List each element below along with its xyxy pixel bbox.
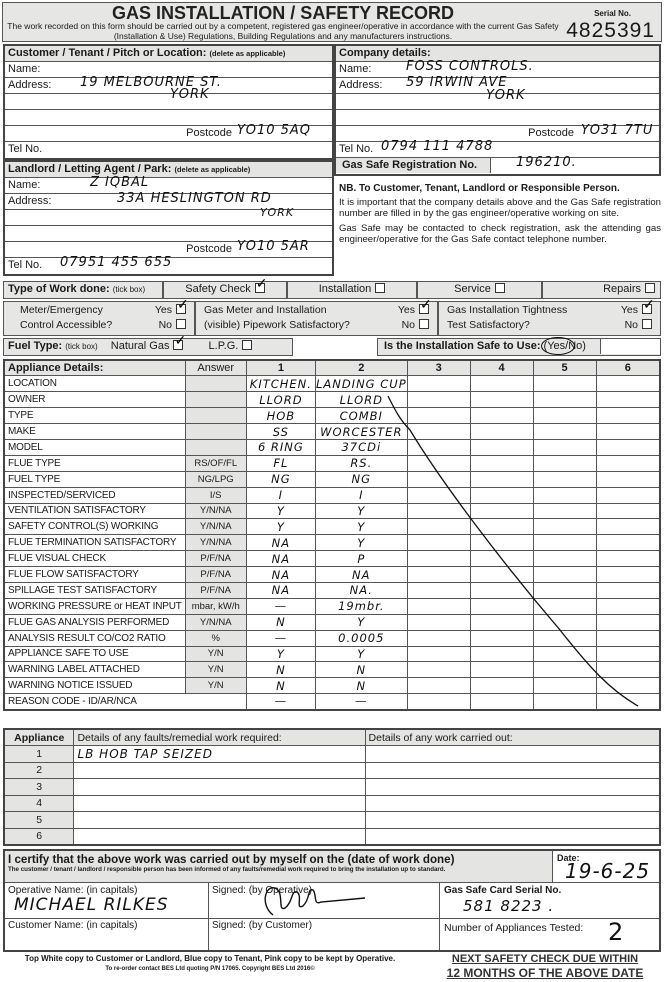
- answer-options: P/F/NA: [185, 582, 246, 598]
- landlord-section: Landlord / Letting Agent / Park: (delete…: [3, 160, 334, 276]
- appliance-row: WARNING NOTICE ISSUEDY/NNN: [4, 678, 660, 694]
- row-label: WORKING PRESSURE or HEAT INPUT: [4, 598, 185, 614]
- appliance-number: 6: [4, 828, 74, 845]
- row-label: WARNING NOTICE ISSUED: [4, 678, 185, 694]
- fault-row: 1 LB HOB TAP SEIZED: [4, 746, 660, 763]
- appliance-2-value[interactable]: N: [315, 662, 407, 678]
- appliance-1-value[interactable]: NA: [246, 535, 315, 551]
- appliance-6-value[interactable]: [596, 487, 660, 503]
- fault-details-field[interactable]: [74, 762, 365, 779]
- company-address-line2[interactable]: YORK: [486, 88, 526, 103]
- appliance-5-value[interactable]: [533, 646, 596, 662]
- appliance-3-value[interactable]: [407, 678, 470, 694]
- appliance-5-value[interactable]: [533, 424, 596, 440]
- appliance-3-value[interactable]: [407, 471, 470, 487]
- appliance-1-value[interactable]: Y: [246, 646, 315, 662]
- appliance-5-value[interactable]: [533, 551, 596, 567]
- answer-options: NG/LPG: [185, 471, 246, 487]
- meter-yes-checkbox[interactable]: [176, 304, 186, 314]
- landlord-address-line1[interactable]: 33A HESLINGTON RD: [117, 191, 272, 206]
- certify-subtext: The customer / tenant / landlord / respo…: [5, 866, 552, 873]
- appliance-1-value[interactable]: —: [246, 630, 315, 646]
- appliance-6-value[interactable]: [596, 630, 660, 646]
- appliance-1-value[interactable]: NG: [246, 471, 315, 487]
- appliance-1-value[interactable]: NA: [246, 567, 315, 583]
- appliance-1-value[interactable]: —: [246, 598, 315, 614]
- appliance-2-value[interactable]: 37CDi: [315, 439, 407, 455]
- appliance-3-value[interactable]: [407, 408, 470, 424]
- date-field[interactable]: 19-6-25: [565, 859, 650, 883]
- appliance-4-value[interactable]: [470, 455, 533, 471]
- appliance-5-value[interactable]: [533, 630, 596, 646]
- appliance-4-value[interactable]: [470, 376, 533, 392]
- appliance-6-value[interactable]: [596, 662, 660, 678]
- answer-options: [185, 392, 246, 408]
- meter-control-check: Meter/Emergency Control Accessible? Yes …: [3, 301, 195, 336]
- appliance-1-value[interactable]: —: [246, 694, 315, 710]
- natural-gas-checkbox[interactable]: [173, 340, 183, 350]
- appliances-tested-label: Number of Appliances Tested:: [441, 921, 586, 935]
- appliance-4-value[interactable]: [470, 567, 533, 583]
- appliance-1-value[interactable]: NA: [246, 551, 315, 567]
- row-label: SAFETY CONTROL(S) WORKING: [4, 519, 185, 535]
- appliance-5-value[interactable]: [533, 439, 596, 455]
- appliance-1-value[interactable]: FL: [246, 455, 315, 471]
- appliance-4-value[interactable]: [470, 535, 533, 551]
- appliance-row: APPLIANCE SAFE TO USEY/NYY: [4, 646, 660, 662]
- row-label: INSPECTED/SERVICED: [4, 487, 185, 503]
- service-checkbox[interactable]: [495, 283, 505, 293]
- appliance-5-value[interactable]: [533, 519, 596, 535]
- row-label: LOCATION: [4, 376, 185, 392]
- faults-table: Appliance Details of any faults/remedial…: [3, 728, 661, 846]
- fault-details-field[interactable]: [74, 795, 365, 812]
- faults-col-heading: Details of any faults/remedial work requ…: [74, 729, 365, 746]
- appliance-5-value[interactable]: [533, 598, 596, 614]
- appliance-5-value[interactable]: [533, 662, 596, 678]
- appliance-6-value[interactable]: [596, 614, 660, 630]
- lpg-checkbox[interactable]: [242, 340, 252, 350]
- safe-to-use-row: Is the Installation Safe to Use: (Yes/No…: [377, 338, 661, 356]
- tightness-check: Gas Installation Tightness Test Satisfac…: [438, 301, 661, 336]
- appliance-5-value[interactable]: [533, 567, 596, 583]
- appliance-5-value[interactable]: [533, 471, 596, 487]
- operative-signature[interactable]: [255, 880, 375, 920]
- appliance-4-value[interactable]: [470, 662, 533, 678]
- meter-no-checkbox[interactable]: [176, 319, 186, 329]
- appliance-5-value[interactable]: [533, 614, 596, 630]
- company-postcode-field[interactable]: YO31 7TU: [581, 123, 653, 138]
- row-label: FLUE GAS ANALYSIS PERFORMED: [4, 614, 185, 630]
- appliance-row: TYPEHOBCOMBI: [4, 408, 660, 424]
- appliance-4-value[interactable]: [470, 408, 533, 424]
- customer-postcode-field[interactable]: YO10 5AQ: [237, 123, 311, 138]
- appliance-4-value[interactable]: [470, 630, 533, 646]
- work-carried-out-field[interactable]: [365, 762, 660, 779]
- appliance-row: MODEL6 RING37CDi: [4, 439, 660, 455]
- appliance-4-value[interactable]: [470, 471, 533, 487]
- company-name-field[interactable]: FOSS CONTROLS.: [406, 59, 534, 74]
- operative-name-field[interactable]: MICHAEL RILKES: [11, 894, 172, 916]
- appliance-2-value[interactable]: NA.: [315, 582, 407, 598]
- appliance-1-value[interactable]: NA: [246, 582, 315, 598]
- appliances-tested-field[interactable]: 2: [605, 917, 627, 947]
- appliance-2-value[interactable]: —: [315, 694, 407, 710]
- work-type-installation[interactable]: Installation: [287, 281, 417, 299]
- appliance-5-value[interactable]: [533, 678, 596, 694]
- appliance-5-value[interactable]: [533, 487, 596, 503]
- work-carried-out-field[interactable]: [365, 795, 660, 812]
- notice-paragraph-1: It is important that the company details…: [339, 197, 661, 219]
- appliance-3-value[interactable]: [407, 376, 470, 392]
- appliance-4-value[interactable]: [470, 503, 533, 519]
- work-carried-out-field[interactable]: [365, 812, 660, 829]
- appliance-2-value[interactable]: WORCESTER: [315, 424, 407, 440]
- row-label: OWNER: [4, 392, 185, 408]
- fault-row: 5: [4, 812, 660, 829]
- appliance-row: SPILLAGE TEST SATISFACTORYP/F/NANANA.: [4, 582, 660, 598]
- appliance-4-value[interactable]: [470, 424, 533, 440]
- row-label: FUEL TYPE: [4, 471, 185, 487]
- gas-safe-reg-row[interactable]: Gas Safe Registration No. 196210.: [336, 158, 659, 174]
- appliance-6-value[interactable]: [596, 694, 660, 710]
- col-1-heading: 1: [246, 360, 315, 376]
- appliance-1-value[interactable]: Y: [246, 519, 315, 535]
- company-section: Company details: Name:FOSS CONTROLS. Add…: [334, 44, 661, 176]
- appliance-2-value[interactable]: 0.0005: [315, 630, 407, 646]
- answer-options: Y/N: [185, 662, 246, 678]
- appliance-row: WARNING LABEL ATTACHEDY/NNN: [4, 662, 660, 678]
- appliance-5-value[interactable]: [533, 376, 596, 392]
- customer-section: Customer / Tenant / Pitch or Location: (…: [3, 44, 334, 160]
- notice-title: NB. To Customer, Tenant, Landlord or Res…: [339, 183, 661, 194]
- tightness-no-checkbox[interactable]: [642, 319, 652, 329]
- appliance-6-value[interactable]: [596, 646, 660, 662]
- fault-row: 2: [4, 762, 660, 779]
- appliance-4-value[interactable]: [470, 551, 533, 567]
- appliance-1-value[interactable]: 6 RING: [246, 439, 315, 455]
- answer-options: [185, 424, 246, 440]
- repairs-checkbox[interactable]: [645, 283, 655, 293]
- form-subtitle: The work recorded on this form should be…: [3, 22, 563, 41]
- customer-address-row[interactable]: Address:19 MELBOURNE ST.: [5, 78, 332, 94]
- appliance-col-heading: Appliance: [4, 729, 74, 746]
- work-carried-out-field[interactable]: [365, 779, 660, 796]
- appliance-4-value[interactable]: [470, 646, 533, 662]
- appliance-1-value[interactable]: Y: [246, 503, 315, 519]
- copies-note: Top White copy to Customer or Landlord, …: [0, 954, 420, 963]
- appliance-3-value[interactable]: [407, 694, 470, 710]
- customer-heading: Customer / Tenant / Pitch or Location: (…: [5, 46, 332, 62]
- row-label: APPLIANCE SAFE TO USE: [4, 646, 185, 662]
- fault-row: 4: [4, 795, 660, 812]
- appliance-4-value[interactable]: [470, 614, 533, 630]
- answer-options: [185, 408, 246, 424]
- pipework-check: Gas Meter and Installation (visible) Pip…: [195, 301, 438, 336]
- work-carried-out-field[interactable]: [365, 746, 660, 763]
- appliance-6-value[interactable]: [596, 471, 660, 487]
- landlord-tel-field[interactable]: 07951 455 655: [60, 255, 172, 270]
- answer-options: [185, 439, 246, 455]
- appliance-6-value[interactable]: [596, 598, 660, 614]
- answer-heading: Answer: [185, 360, 246, 376]
- signed-customer-label: Signed: (by Customer): [209, 919, 315, 932]
- reorder-note: To re-order contact BES Ltd quoting P/N …: [0, 966, 420, 972]
- appliance-row: WORKING PRESSURE or HEAT INPUTmbar, kW/h…: [4, 598, 660, 614]
- appliance-3-value[interactable]: [407, 567, 470, 583]
- date-box[interactable]: Date: 19-6-25: [553, 851, 659, 883]
- company-tel-field[interactable]: 0794 111 4788: [381, 139, 493, 154]
- appliance-row: SAFETY CONTROL(S) WORKINGY/N/NAYY: [4, 519, 660, 535]
- appliance-5-value[interactable]: [533, 455, 596, 471]
- row-label: TYPE: [4, 408, 185, 424]
- appliance-3-value[interactable]: [407, 646, 470, 662]
- work-type-service[interactable]: Service: [417, 281, 542, 299]
- appliance-number: 1: [4, 746, 74, 763]
- appliance-1-value[interactable]: N: [246, 614, 315, 630]
- appliance-1-value[interactable]: N: [246, 662, 315, 678]
- appliance-3-value[interactable]: [407, 535, 470, 551]
- landlord-address-row-2[interactable]: YORK: [5, 210, 332, 226]
- row-label: FLUE VISUAL CHECK: [4, 551, 185, 567]
- appliance-4-value[interactable]: [470, 582, 533, 598]
- appliance-4-value[interactable]: [470, 487, 533, 503]
- appliance-1-value[interactable]: I: [246, 487, 315, 503]
- notice-paragraph-2: Gas Safe may be contacted to check regis…: [339, 223, 661, 245]
- landlord-name-field[interactable]: Z IQBAL: [90, 175, 149, 190]
- appliance-row: INSPECTED/SERVICEDI/SII: [4, 487, 660, 503]
- answer-options: Y/N/NA: [185, 519, 246, 535]
- safe-to-use-field[interactable]: [600, 339, 660, 354]
- answer-options: [185, 376, 246, 392]
- card-serial-field[interactable]: 581 8223 .: [460, 896, 557, 916]
- appliance-row: FLUE TYPERS/OF/FLFLRS.: [4, 455, 660, 471]
- customer-address-row-2[interactable]: YORK: [5, 94, 332, 110]
- customer-postcode-row[interactable]: PostcodeYO10 5AQ: [5, 126, 332, 142]
- appliance-6-value[interactable]: [596, 439, 660, 455]
- faults-table-header: Appliance Details of any faults/remedial…: [4, 729, 660, 746]
- appliance-2-value[interactable]: NG: [315, 471, 407, 487]
- row-label: WARNING LABEL ATTACHED: [4, 662, 185, 678]
- appliance-3-value[interactable]: [407, 519, 470, 535]
- appliance-row: FLUE TERMINATION SATISFACTORYY/N/NANAY: [4, 535, 660, 551]
- certification-section: I certify that the above work was carrie…: [3, 849, 661, 952]
- pipework-no-checkbox[interactable]: [419, 319, 429, 329]
- answer-options: Y/N: [185, 646, 246, 662]
- appliance-row: MAKESSWORCESTER: [4, 424, 660, 440]
- landlord-tel-row[interactable]: Tel No.07951 455 655: [5, 258, 332, 274]
- appliance-2-value[interactable]: LLORD: [315, 392, 407, 408]
- appliance-3-value[interactable]: [407, 551, 470, 567]
- col-4-heading: 4: [470, 360, 533, 376]
- certify-statement: I certify that the above work was carrie…: [5, 851, 552, 866]
- installation-checkbox[interactable]: [375, 283, 385, 293]
- safe-to-use-label: Is the Installation Safe to Use:: [384, 340, 540, 352]
- appliance-number: 4: [4, 795, 74, 812]
- appliance-2-value[interactable]: I: [315, 487, 407, 503]
- appliance-6-value[interactable]: [596, 535, 660, 551]
- appliance-6-value[interactable]: [596, 678, 660, 694]
- appliance-6-value[interactable]: [596, 567, 660, 583]
- fault-row: 6: [4, 828, 660, 845]
- appliance-2-value[interactable]: Y: [315, 519, 407, 535]
- appliance-6-value[interactable]: [596, 519, 660, 535]
- appliance-4-value[interactable]: [470, 598, 533, 614]
- row-label: MODEL: [4, 439, 185, 455]
- appliance-1-value[interactable]: HOB: [246, 408, 315, 424]
- row-label: FLUE FLOW SATISFACTORY: [4, 567, 185, 583]
- appliance-5-value[interactable]: [533, 694, 596, 710]
- appliance-6-value[interactable]: [596, 551, 660, 567]
- customer-name-label: Customer Name: (in capitals): [5, 919, 140, 932]
- appliance-4-value[interactable]: [470, 392, 533, 408]
- appliance-5-value[interactable]: [533, 408, 596, 424]
- fault-row: 3: [4, 779, 660, 796]
- col-2-heading: 2: [315, 360, 407, 376]
- fault-details-field[interactable]: [74, 828, 365, 845]
- fault-details-field[interactable]: [74, 812, 365, 829]
- answer-options: P/F/NA: [185, 567, 246, 583]
- answer-options: P/F/NA: [185, 551, 246, 567]
- gas-safe-reg-field[interactable]: 196210.: [516, 155, 577, 170]
- row-label: FLUE TERMINATION SATISFACTORY: [4, 535, 185, 551]
- appliance-1-value[interactable]: KITCHEN.: [246, 376, 315, 392]
- appliance-5-value[interactable]: [533, 503, 596, 519]
- appliance-6-value[interactable]: [596, 503, 660, 519]
- fault-details-field[interactable]: [74, 779, 365, 796]
- appliance-row: ANALYSIS RESULT CO/CO2 RATIO%—0.0005: [4, 630, 660, 646]
- answer-options: mbar, kW/h: [185, 598, 246, 614]
- appliance-3-value[interactable]: [407, 455, 470, 471]
- serial-label: Serial No.: [594, 9, 631, 18]
- fault-details-field[interactable]: LB HOB TAP SEIZED: [74, 746, 365, 763]
- answer-options: I/S: [185, 487, 246, 503]
- appliance-row: OWNERLLORDLLORD: [4, 392, 660, 408]
- appliance-2-value[interactable]: Y: [315, 503, 407, 519]
- appliance-4-value[interactable]: [470, 439, 533, 455]
- appliance-3-value[interactable]: [407, 630, 470, 646]
- appliance-5-value[interactable]: [533, 392, 596, 408]
- appliance-row: VENTILATION SATISFACTORYY/N/NAYY: [4, 503, 660, 519]
- landlord-postcode-field[interactable]: YO10 5AR: [237, 239, 310, 254]
- answer-options: Y/N: [185, 678, 246, 694]
- row-label: ANALYSIS RESULT CO/CO2 RATIO: [4, 630, 185, 646]
- company-address-row-2[interactable]: YORK: [336, 94, 659, 110]
- work-carried-out-field[interactable]: [365, 828, 660, 845]
- appliance-details-table: Appliance Details: Answer 1 2 3 4 5 6 LO…: [3, 359, 661, 711]
- appliance-2-value[interactable]: Y: [315, 614, 407, 630]
- fuel-type-row: Fuel Type: (tick box) Natural Gas L.P.G.: [3, 338, 293, 356]
- appliance-5-value[interactable]: [533, 535, 596, 551]
- row-label: FLUE TYPE: [4, 455, 185, 471]
- appliance-number: 3: [4, 779, 74, 796]
- row-label: VENTILATION SATISFACTORY: [4, 503, 185, 519]
- appliance-row: FLUE FLOW SATISFACTORYP/F/NANANA: [4, 567, 660, 583]
- appliance-3-value[interactable]: [407, 662, 470, 678]
- appliance-2-value[interactable]: COMBI: [315, 408, 407, 424]
- registration-notice: NB. To Customer, Tenant, Landlord or Res…: [339, 183, 661, 249]
- appliance-6-value[interactable]: [596, 408, 660, 424]
- answer-options: Y/N/NA: [185, 614, 246, 630]
- appliance-3-value[interactable]: [407, 487, 470, 503]
- appliance-6-value[interactable]: [596, 376, 660, 392]
- appliance-6-value[interactable]: [596, 455, 660, 471]
- appliance-2-value[interactable]: Y: [315, 535, 407, 551]
- row-label: SPILLAGE TEST SATISFACTORY: [4, 582, 185, 598]
- landlord-address-line2[interactable]: YORK: [260, 205, 294, 220]
- appliance-2-value[interactable]: LANDING CUP: [315, 376, 407, 392]
- col-5-heading: 5: [533, 360, 596, 376]
- safety-check-checkbox[interactable]: [255, 283, 265, 293]
- pipework-yes-checkbox[interactable]: [419, 304, 429, 314]
- appliance-3-value[interactable]: [407, 503, 470, 519]
- next-check-notice: NEXT SAFETY CHECK DUE WITHIN 12 MONTHS O…: [428, 952, 662, 980]
- work-type-label: Type of Work done: (tick box): [3, 281, 163, 299]
- appliance-3-value[interactable]: [407, 598, 470, 614]
- appliance-6-value[interactable]: [596, 582, 660, 598]
- appliance-2-value[interactable]: N: [315, 678, 407, 694]
- appliance-row: FLUE VISUAL CHECKP/F/NANAP: [4, 551, 660, 567]
- appliance-5-value[interactable]: [533, 582, 596, 598]
- customer-tel-row[interactable]: Tel No.: [5, 142, 332, 158]
- tightness-yes-checkbox[interactable]: [642, 304, 652, 314]
- appliance-2-value[interactable]: NA: [315, 567, 407, 583]
- appliance-6-value[interactable]: [596, 392, 660, 408]
- appliance-3-value[interactable]: [407, 582, 470, 598]
- appliance-4-value[interactable]: [470, 678, 533, 694]
- serial-number: 4825391: [566, 19, 655, 43]
- appliance-3-value[interactable]: [407, 439, 470, 455]
- form-header: GAS INSTALLATION / SAFETY RECORD The wor…: [2, 2, 662, 42]
- appliance-6-value[interactable]: [596, 424, 660, 440]
- appliance-3-value[interactable]: [407, 424, 470, 440]
- appliance-2-value[interactable]: RS.: [315, 455, 407, 471]
- appliance-number: 5: [4, 812, 74, 829]
- customer-address-line2[interactable]: YORK: [170, 87, 210, 102]
- appliance-number: 2: [4, 762, 74, 779]
- row-label: REASON CODE - ID/AR/NCA: [4, 694, 246, 710]
- appliance-4-value[interactable]: [470, 694, 533, 710]
- appliance-2-value[interactable]: P: [315, 551, 407, 567]
- appliance-1-value[interactable]: N: [246, 678, 315, 694]
- appliance-3-value[interactable]: [407, 614, 470, 630]
- answer-options: %: [185, 630, 246, 646]
- appliance-row: REASON CODE - ID/AR/NCA——: [4, 694, 660, 710]
- appliance-details-heading: Appliance Details:: [4, 360, 185, 376]
- appliance-row: FLUE GAS ANALYSIS PERFORMEDY/N/NANY: [4, 614, 660, 630]
- appliance-row: FUEL TYPENG/LPGNGNG: [4, 471, 660, 487]
- work-carried-out-heading: Details of any work carried out:: [365, 729, 660, 746]
- appliance-3-value[interactable]: [407, 392, 470, 408]
- yes-circle-mark: [541, 337, 575, 355]
- answer-options: RS/OF/FL: [185, 455, 246, 471]
- appliance-2-value[interactable]: 19mbr.: [315, 598, 407, 614]
- appliance-1-value[interactable]: SS: [246, 424, 315, 440]
- certify-statement-box: I certify that the above work was carrie…: [5, 851, 553, 883]
- landlord-heading: Landlord / Letting Agent / Park: (delete…: [5, 162, 332, 178]
- appliance-2-value[interactable]: Y: [315, 646, 407, 662]
- gas-safe-reg-label: Gas Safe Registration No.: [336, 158, 491, 173]
- appliance-table-header: Appliance Details: Answer 1 2 3 4 5 6: [4, 360, 660, 376]
- appliance-4-value[interactable]: [470, 519, 533, 535]
- col-6-heading: 6: [596, 360, 660, 376]
- appliance-row: LOCATIONKITCHEN.LANDING CUP: [4, 376, 660, 392]
- appliance-1-value[interactable]: LLORD: [246, 392, 315, 408]
- answer-options: Y/N/NA: [185, 535, 246, 551]
- company-tel-row[interactable]: Tel No.0794 111 4788: [336, 142, 659, 158]
- col-3-heading: 3: [407, 360, 470, 376]
- answer-options: Y/N/NA: [185, 503, 246, 519]
